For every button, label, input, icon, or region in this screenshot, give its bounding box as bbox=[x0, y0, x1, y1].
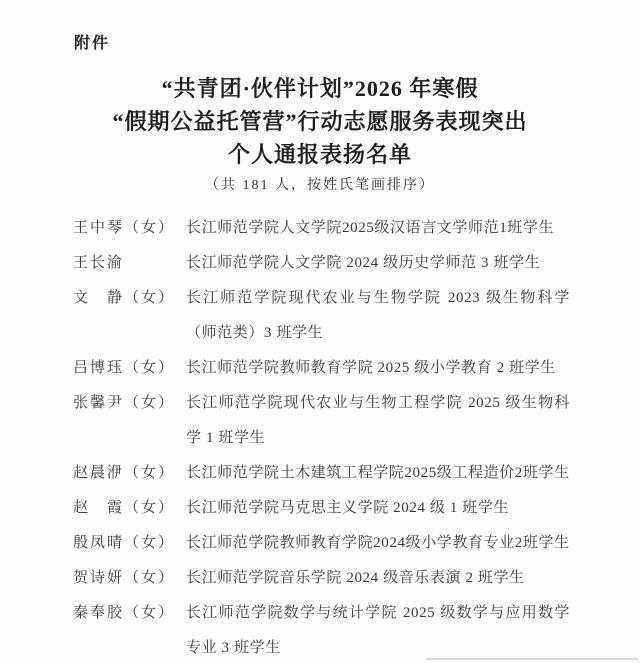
student-name: 王中琴（女） bbox=[73, 211, 186, 246]
student-name: 秦奉胶（女） bbox=[73, 596, 186, 631]
document-title: “共青团·伙伴计划”2026 年寒假 “假期公益托管营”行动志愿服务表现突出 个… bbox=[0, 72, 640, 171]
student-description: 长江师范学院数学与统计学院 2025 级数学与应用数学专业 3 班学生 bbox=[186, 596, 570, 663]
student-name: 殷凤晴（女） bbox=[73, 526, 186, 561]
list-item: 张馨尹（女） 长江师范学院现代农业与生物工程学院 2025 级生物科学 1 班学… bbox=[73, 386, 570, 456]
list-item: 王中琴（女） 长江师范学院人文学院2025级汉语言文学师范1班学生 bbox=[73, 211, 570, 246]
student-description: 长江师范学院教师教育学院2024级小学教育专业2班学生 bbox=[186, 526, 570, 561]
list-item: 秦奉胶（女） 长江师范学院数学与统计学院 2025 级数学与应用数学专业 3 班… bbox=[73, 596, 570, 663]
student-description: 长江师范学院土木建筑工程学院2025级工程造价2班学生 bbox=[186, 456, 570, 491]
title-line-2: “假期公益托管营”行动志愿服务表现突出 bbox=[0, 105, 640, 138]
list-item: 吕博珏（女） 长江师范学院教师教育学院 2025 级小学教育 2 班学生 bbox=[73, 351, 570, 386]
student-description: 长江师范学院现代农业与生物学院 2023 级生物科学（师范类）3 班学生 bbox=[186, 281, 570, 351]
student-description: 长江师范学院马克思主义学院 2024 级 1 班学生 bbox=[186, 491, 570, 526]
title-line-3: 个人通报表扬名单 bbox=[0, 138, 640, 171]
student-description: 长江师范学院音乐学院 2024 级音乐表演 2 班学生 bbox=[186, 561, 570, 596]
list-item: 赵 霞（女） 长江师范学院马克思主义学院 2024 级 1 班学生 bbox=[73, 491, 570, 526]
student-description: 长江师范学院人文学院2025级汉语言文学师范1班学生 bbox=[186, 211, 570, 246]
student-description: 长江师范学院教师教育学院 2025 级小学教育 2 班学生 bbox=[186, 351, 570, 386]
student-name: 王长渝 bbox=[73, 246, 186, 281]
title-line-1: “共青团·伙伴计划”2026 年寒假 bbox=[0, 72, 640, 105]
list-item: 殷凤晴（女） 长江师范学院教师教育学院2024级小学教育专业2班学生 bbox=[73, 526, 570, 561]
student-description: 长江师范学院现代农业与生物工程学院 2025 级生物科学 1 班学生 bbox=[186, 386, 570, 456]
student-name: 张馨尹（女） bbox=[73, 386, 186, 421]
student-description: 长江师范学院人文学院 2024 级历史学师范 3 班学生 bbox=[186, 246, 570, 281]
student-name: 赵 霞（女） bbox=[73, 491, 186, 526]
subtitle-count-note: （共 181 人，按姓氏笔画排序） bbox=[0, 174, 640, 194]
list-item: 文 静（女） 长江师范学院现代农业与生物学院 2023 级生物科学（师范类）3 … bbox=[73, 281, 570, 351]
student-name: 文 静（女） bbox=[73, 281, 186, 316]
student-name: 吕博珏（女） bbox=[73, 351, 186, 386]
list-item: 王长渝 长江师范学院人文学院 2024 级历史学师范 3 班学生 bbox=[73, 246, 570, 281]
list-item: 贺诗妍（女） 长江师范学院音乐学院 2024 级音乐表演 2 班学生 bbox=[73, 561, 570, 596]
student-name: 贺诗妍（女） bbox=[73, 561, 186, 596]
commendation-list: 王中琴（女） 长江师范学院人文学院2025级汉语言文学师范1班学生 王长渝 长江… bbox=[73, 211, 570, 663]
attachment-label: 附件 bbox=[74, 30, 110, 53]
scan-artifact-line bbox=[426, 658, 638, 660]
list-item: 赵晨洢（女） 长江师范学院土木建筑工程学院2025级工程造价2班学生 bbox=[73, 456, 570, 491]
student-name: 赵晨洢（女） bbox=[73, 456, 186, 491]
document-page: 附件 “共青团·伙伴计划”2026 年寒假 “假期公益托管营”行动志愿服务表现突… bbox=[0, 0, 640, 663]
